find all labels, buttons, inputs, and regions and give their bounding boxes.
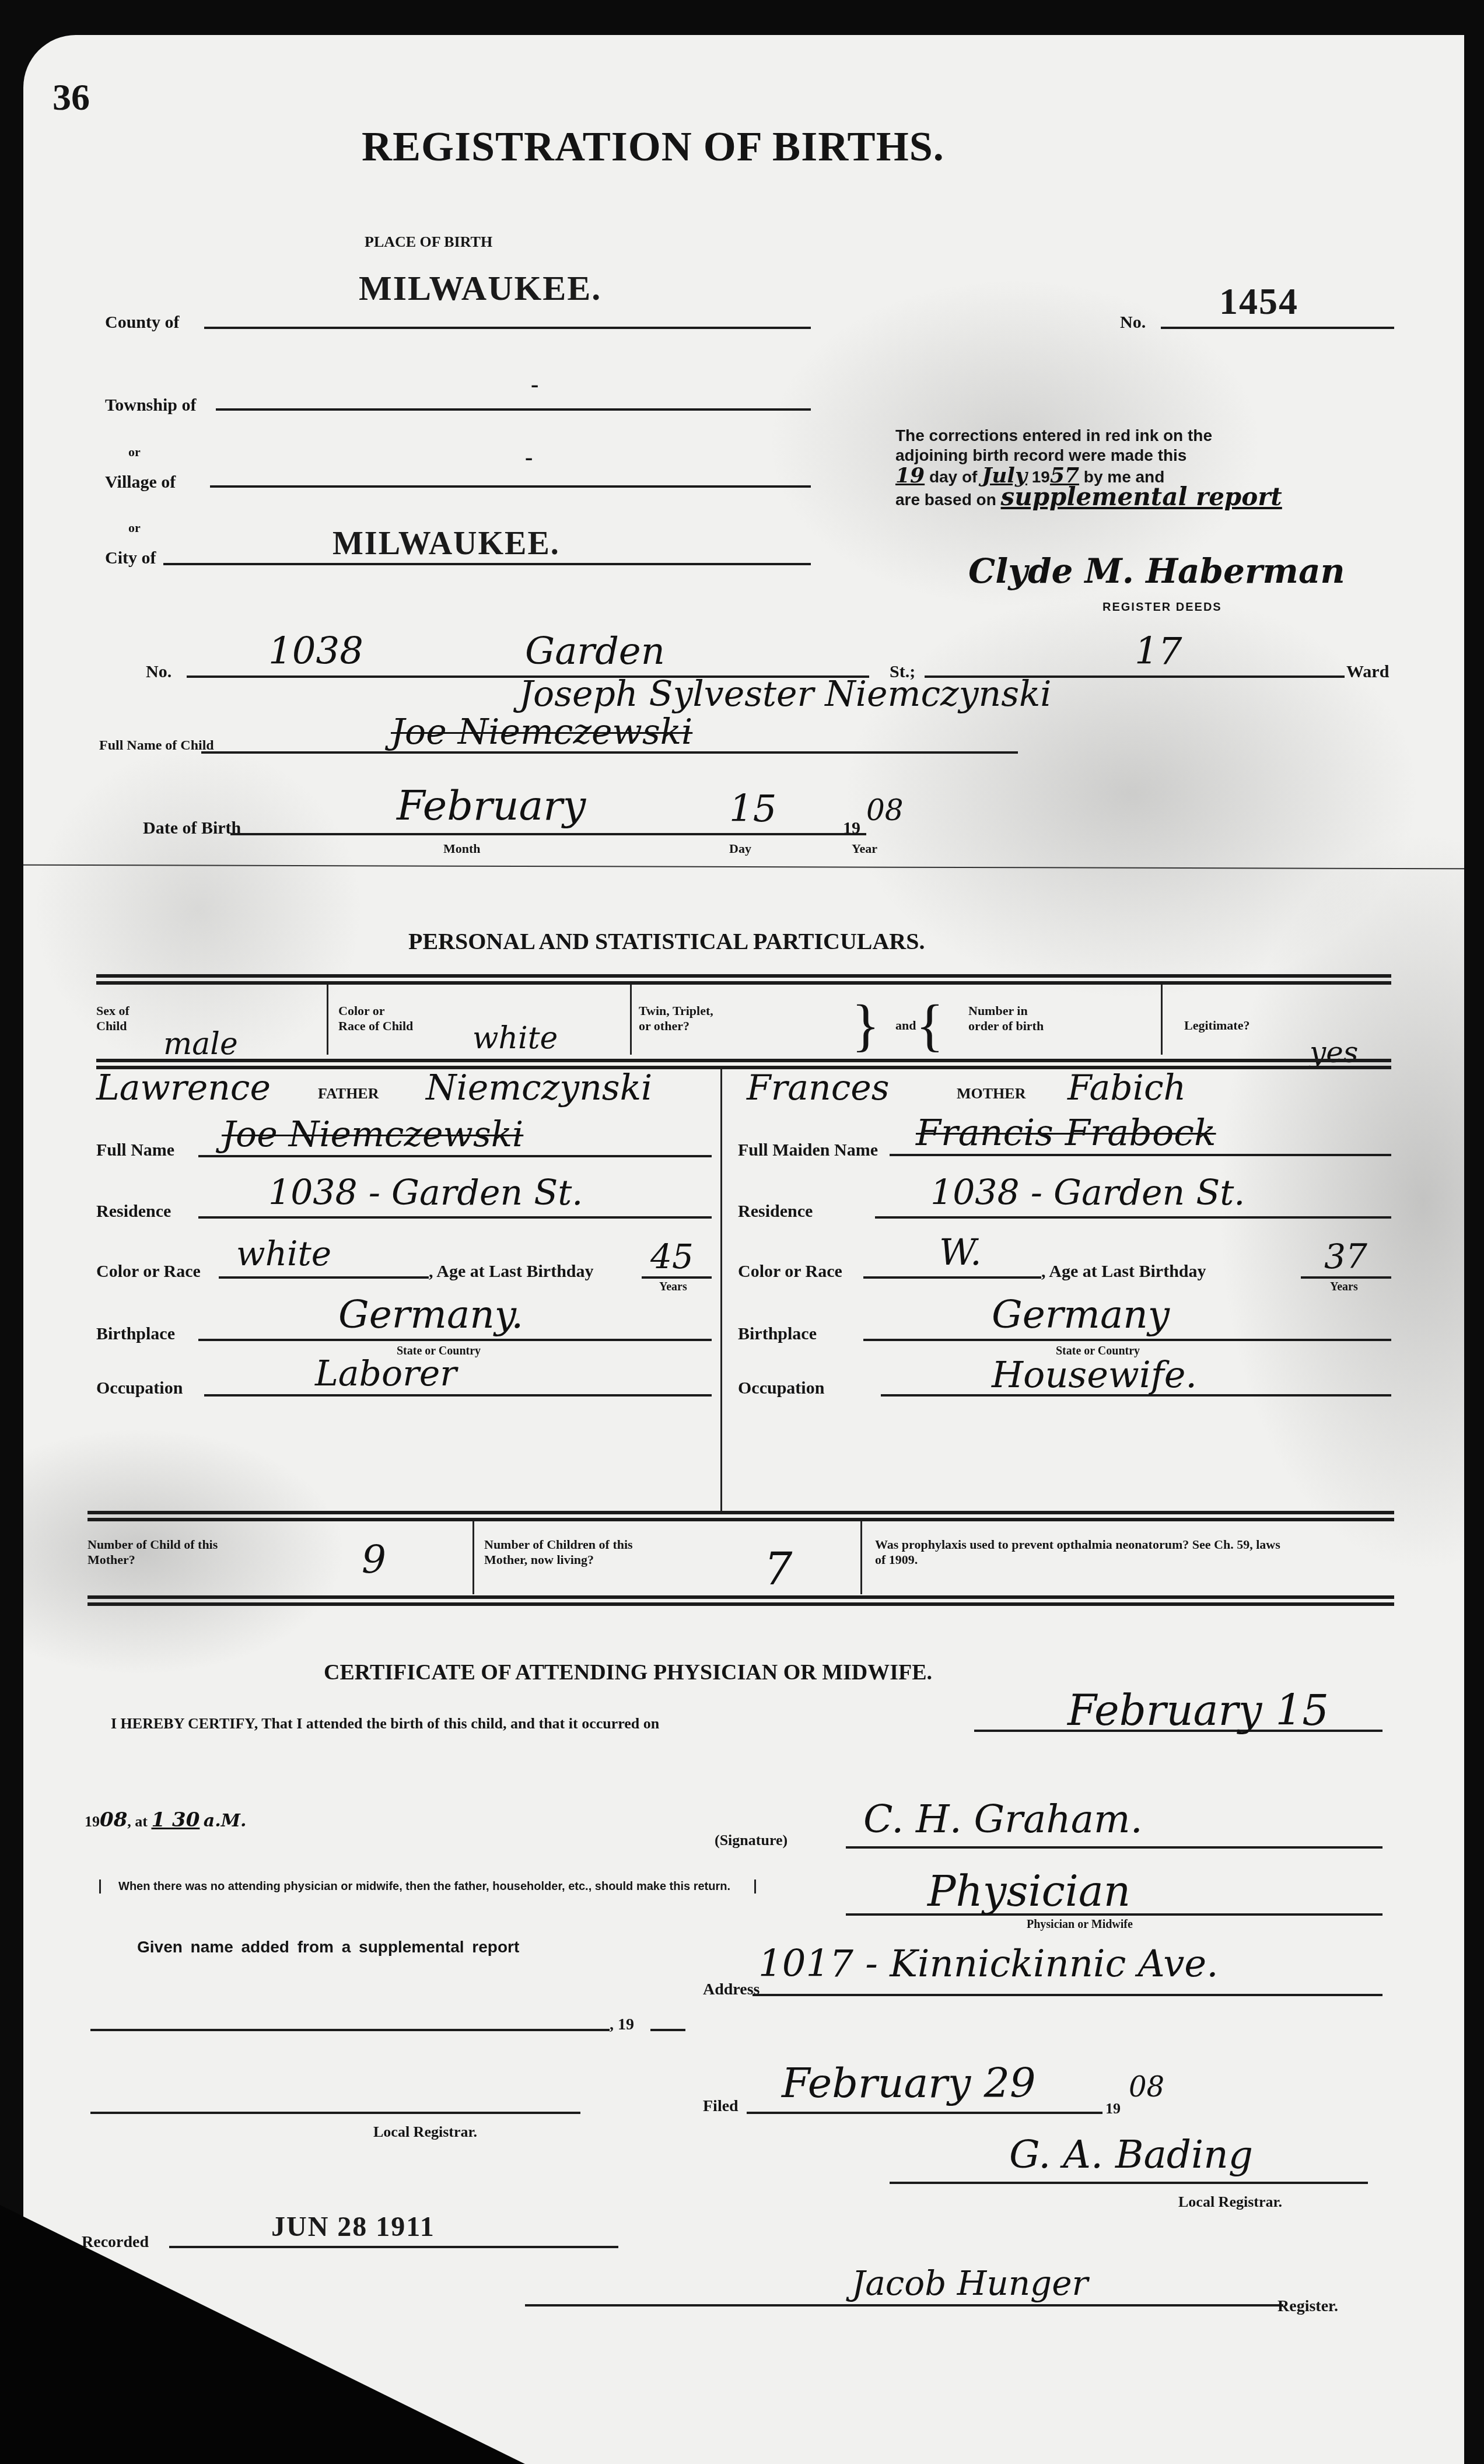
father-name-label: Full Name <box>96 1140 174 1160</box>
col-divider-1 <box>327 985 328 1055</box>
dob-year-prefix: 19 <box>843 818 860 838</box>
mother-name-label: Full Maiden Name <box>738 1140 878 1160</box>
record-no-label: No. <box>1120 313 1146 332</box>
col-divider-3 <box>1161 985 1163 1055</box>
physician-role-value: Physician <box>928 1867 1130 1916</box>
mother-age-label: , Age at Last Birthday <box>1041 1262 1206 1282</box>
father-given-correction: Lawrence <box>96 1067 271 1108</box>
register-deeds-signature: Clyde M. Haberman <box>968 551 1345 591</box>
dob-month: February <box>397 782 586 829</box>
father-color-value: white <box>236 1234 331 1273</box>
and-label: and <box>895 1018 916 1033</box>
father-age-label: , Age at Last Birthday <box>429 1262 594 1282</box>
father-years-caption: Years <box>659 1280 687 1294</box>
address-line <box>752 1994 1382 1996</box>
father-color-line <box>219 1276 429 1279</box>
register-signature: Jacob Hunger <box>852 2263 1088 2303</box>
mother-birthplace-line <box>863 1339 1391 1341</box>
role-caption: Physician or Midwife <box>1027 1918 1133 1931</box>
father-age-line <box>642 1276 712 1279</box>
supp-date-line <box>90 2029 610 2031</box>
brace-left: } <box>852 992 880 1059</box>
day-caption: Day <box>729 841 751 856</box>
father-age-value: 45 <box>650 1237 694 1276</box>
mother-name-line <box>890 1154 1391 1156</box>
register-deeds-title: REGISTER DEEDS <box>1102 601 1222 614</box>
birth-record-page: 36 REGISTRATION OF BIRTHS. PLACE OF BIRT… <box>23 35 1464 2464</box>
col-divider-2 <box>630 985 632 1055</box>
city-line <box>163 563 811 565</box>
am-pm: a.M. <box>204 1811 247 1831</box>
day-of-text: day of <box>929 468 977 486</box>
dob-label: Date of Birth <box>143 818 241 838</box>
mother-residence-line <box>875 1216 1391 1219</box>
page-corner-shadow <box>0 2205 525 2464</box>
mother-occupation-value: Housewife. <box>992 1353 1197 1396</box>
page-title: REGISTRATION OF BIRTHS. <box>362 123 944 171</box>
father-residence-line <box>198 1216 712 1219</box>
dob-line <box>230 833 866 835</box>
given-name-note: Given name added from a supplemental rep… <box>137 1938 519 1957</box>
mother-birthplace-label: Birthplace <box>738 1324 817 1344</box>
birth-time-value: 1 30 <box>152 1808 200 1832</box>
mother-given-correction: Frances <box>747 1067 890 1108</box>
filed-year-value: 08 <box>1129 2071 1164 2103</box>
filed-date-value: February 29 <box>782 2059 1036 2107</box>
particulars-mid-rule <box>96 1059 1391 1069</box>
signature-label: (Signature) <box>715 1832 787 1849</box>
based-on-text: are based on <box>895 491 996 509</box>
ward-label: Ward <box>1346 662 1389 682</box>
township-value: - <box>531 370 538 398</box>
prophylaxis-label: Was prophylaxis used to prevent opthalmi… <box>875 1537 1283 1567</box>
father-residence-value: 1038 - Garden St. <box>268 1172 583 1213</box>
street-name-value: Garden <box>525 630 665 673</box>
township-label: Township of <box>105 395 196 415</box>
parent-divider <box>720 1069 722 1513</box>
month-caption: Month <box>443 841 481 856</box>
street-no-value: 1038 <box>268 630 363 673</box>
father-name-value: Joe Niemczewski <box>222 1114 523 1155</box>
dob-year: 08 <box>866 793 904 827</box>
physician-address-value: 1017 - Kinnickinnic Ave. <box>758 1943 1219 1986</box>
at-label: , at <box>127 1813 148 1830</box>
street-no-label: No. <box>146 662 171 682</box>
village-line <box>210 485 811 488</box>
father-birthplace-line <box>198 1339 712 1341</box>
corrections-line-1: The corrections entered in red ink on th… <box>895 426 1374 446</box>
register-signature-line <box>525 2304 1283 2306</box>
mother-name-value: Francis Frabock <box>916 1111 1216 1154</box>
mother-residence-value: 1038 - Garden St. <box>930 1172 1245 1213</box>
mother-residence-label: Residence <box>738 1202 813 1221</box>
or-text-1: or <box>128 444 141 460</box>
particulars-heading: PERSONAL AND STATISTICAL PARTICULARS. <box>408 928 925 955</box>
filed-label: Filed <box>703 2097 738 2116</box>
address-label: Address <box>703 1980 760 1999</box>
sex-label: Sex of Child <box>96 1003 149 1034</box>
father-surname-correction: Niemczynski <box>426 1067 652 1108</box>
children-divider-2 <box>860 1521 862 1594</box>
father-occupation-value: Laborer <box>315 1353 457 1394</box>
birth-time-line: 1908, at 1 30 a.M. <box>85 1808 246 1832</box>
father-residence-label: Residence <box>96 1202 171 1221</box>
children-divider-1 <box>473 1521 474 1594</box>
living-children-label: Number of Children of this Mother, now l… <box>484 1537 677 1567</box>
mother-header: MOTHER <box>957 1085 1025 1102</box>
legitimate-label: Legitimate? <box>1184 1018 1249 1033</box>
twin-label: Twin, Triplet, or other? <box>639 1003 715 1034</box>
local-registrar-signature: G. A. Bading <box>1009 2132 1253 2177</box>
children-top-rule <box>87 1511 1394 1521</box>
father-name-line <box>198 1155 712 1157</box>
children-bottom-rule <box>87 1595 1394 1606</box>
father-birthplace-value: Germany. <box>338 1292 523 1337</box>
filed-line <box>747 2112 1102 2114</box>
child-color-value: white <box>473 1021 558 1056</box>
place-of-birth-heading: PLACE OF BIRTH <box>365 233 492 251</box>
city-value: MILWAUKEE. <box>332 525 560 562</box>
mother-age-line <box>1301 1276 1391 1279</box>
county-line <box>204 327 811 329</box>
dob-day: 15 <box>729 787 776 831</box>
father-header: FATHER <box>318 1085 379 1102</box>
signature-line <box>846 1846 1382 1849</box>
supp-registrar-caption: Local Registrar. <box>373 2123 477 2141</box>
no-physician-note: When there was no attending physician or… <box>99 1880 756 1894</box>
page-number: 36 <box>52 76 90 119</box>
village-label: Village of <box>105 473 176 492</box>
supp-year-prefix: , 19 <box>610 2015 634 2034</box>
physician-signature: C. H. Graham. <box>863 1797 1143 1842</box>
county-value: MILWAUKEE. <box>359 268 601 309</box>
county-label: County of <box>105 313 180 332</box>
supp-year-line <box>650 2029 685 2031</box>
certify-date-value: February 15 <box>1067 1686 1329 1735</box>
order-label: Number in order of birth <box>968 1003 1044 1034</box>
mother-birthplace-value: Germany <box>992 1292 1170 1337</box>
mother-years-caption: Years <box>1330 1280 1358 1294</box>
mother-age-value: 37 <box>1324 1237 1367 1276</box>
mother-color-line <box>863 1276 1041 1279</box>
birth-year-value: 08 <box>100 1808 127 1832</box>
record-no-line <box>1161 327 1394 329</box>
sex-value: male <box>163 1027 238 1062</box>
child-color-label: Color or Race of Child <box>338 1003 414 1034</box>
record-no-value: 1454 <box>1219 280 1298 323</box>
township-line <box>216 408 811 411</box>
child-name-original: Joe Niemczewski <box>391 712 692 752</box>
local-registrar-caption: Local Registrar. <box>1178 2193 1282 2211</box>
mother-color-label: Color or Race <box>738 1262 842 1282</box>
certificate-heading: CERTIFICATE OF ATTENDING PHYSICIAN OR MI… <box>324 1660 932 1685</box>
city-label: City of <box>105 548 156 568</box>
certify-text: I HEREBY CERTIFY, That I attended the bi… <box>111 1715 659 1732</box>
brace-right: { <box>916 992 944 1059</box>
mother-color-value: W. <box>939 1231 982 1273</box>
birth-year-prefix: 19 <box>85 1813 100 1830</box>
living-children-value: 7 <box>764 1543 792 1595</box>
child-name-label: Full Name of Child <box>99 738 214 754</box>
child-number-value: 9 <box>362 1537 386 1582</box>
supp-registrar-line <box>90 2112 580 2114</box>
corrections-line-2: adjoining birth record were made this <box>895 446 1374 466</box>
child-name-correction: Joseph Sylvester Niemczynski <box>519 674 1052 715</box>
father-birthplace-label: Birthplace <box>96 1324 175 1344</box>
mother-surname-correction: Fabich <box>1067 1067 1186 1108</box>
corrections-basis: supplemental report <box>1001 482 1282 511</box>
father-color-label: Color or Race <box>96 1262 201 1282</box>
father-occupation-label: Occupation <box>96 1378 183 1398</box>
registrar-signature-line <box>890 2182 1368 2184</box>
particulars-top-rule <box>96 974 1391 985</box>
or-text-2: or <box>128 520 141 535</box>
corrections-day: 19 <box>895 463 925 488</box>
register-caption: Register. <box>1277 2297 1338 2316</box>
year-caption: Year <box>852 841 877 856</box>
mother-occupation-label: Occupation <box>738 1378 824 1398</box>
corrections-note: The corrections entered in red ink on th… <box>895 426 1374 510</box>
father-occupation-line <box>204 1394 712 1396</box>
corrections-basis-line: are based on supplemental report <box>895 487 1374 510</box>
village-value: - <box>525 443 533 471</box>
filed-year-prefix: 19 <box>1105 2100 1121 2117</box>
fold-line <box>23 864 1464 869</box>
child-number-label: Number of Child of this Mother? <box>87 1537 222 1567</box>
ward-value: 17 <box>1135 630 1182 673</box>
